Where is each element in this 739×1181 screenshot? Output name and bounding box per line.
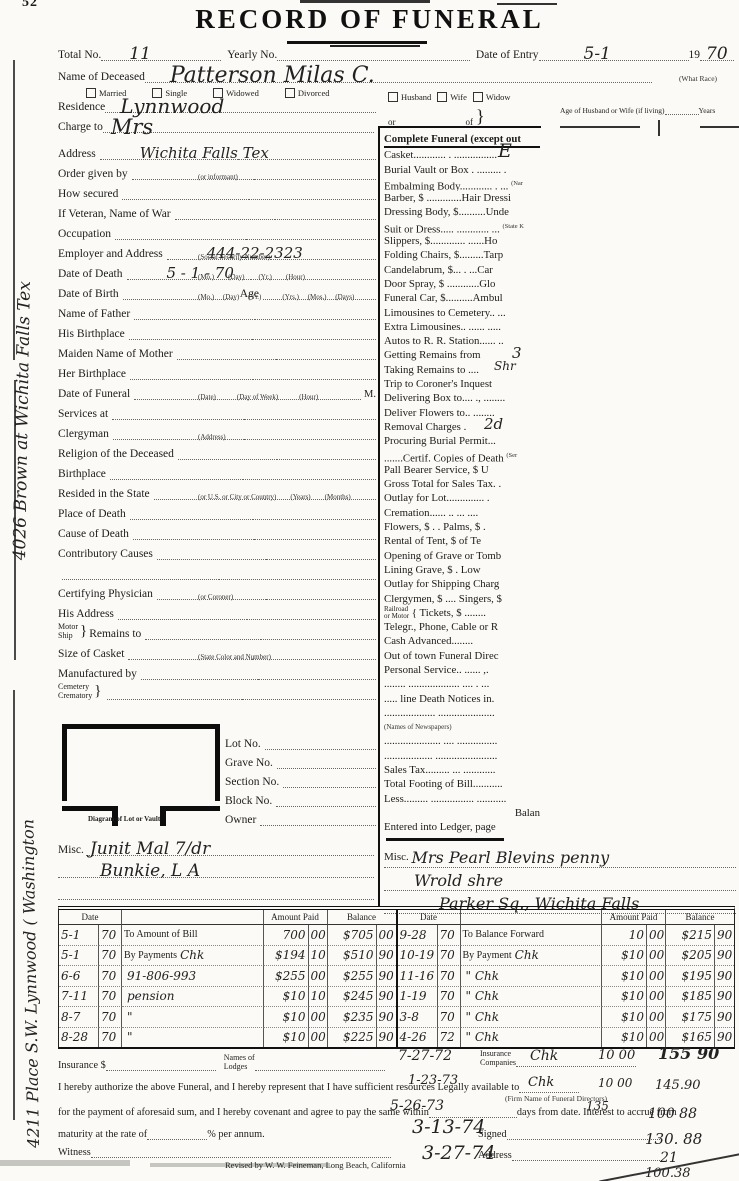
field-label: Her Birthplace [58, 368, 126, 380]
charges-item-label: (Names of Newspapers) [384, 723, 452, 731]
cell-description: " Chk [461, 966, 603, 987]
charges-item-label: .......Certif. Copies of Death [384, 452, 504, 463]
dotted-rule [261, 625, 376, 640]
charges-sub-hint: (Ser [506, 452, 517, 459]
witness-line: Witness [58, 1145, 391, 1158]
field-label: Name of Father [58, 308, 130, 320]
cell-date: 11-16 [398, 966, 438, 987]
lot-field-label: Lot No. [225, 738, 261, 750]
dotted-rule [246, 225, 377, 240]
cell-date: 8-7 [59, 1007, 99, 1028]
charges-item: Pall Bearer Service, $ U [384, 463, 540, 477]
charges-item: Extra Limousines.. ...... ..... [384, 320, 540, 334]
ledger-row: 5-1 70 To Amount of Bill 700 00 $705 00 [59, 925, 396, 946]
charges-item: Balan [384, 806, 550, 820]
form-field-row: Cemetery Crematory } [58, 680, 376, 700]
authorization-section: Insurance $ Names of Lodges Insurance Co… [0, 1048, 739, 1181]
charges-item: ..... line Death Notices in. [384, 692, 540, 706]
charges-item: Railroad or Motor { Tickets, $ ........ [384, 606, 540, 620]
charge-to-label: Charge to [58, 121, 103, 133]
race-hint: (What Race) [662, 74, 734, 83]
charges-item: Total Footing of Bill........... [384, 777, 540, 791]
dotted-rule [266, 585, 376, 600]
dotted-rule [253, 365, 376, 380]
charges-item-label: Autos to R. R. Station...... .. [384, 335, 504, 347]
charges-item-label: Cash Advanced........ [384, 635, 473, 647]
cell-year: 70 [99, 966, 122, 987]
lot-diagram-leg [160, 806, 166, 826]
taking-remains-value-handwritten: Shr [494, 359, 516, 373]
charges-item-label: Lining Grave, $ . Low [384, 564, 481, 576]
charges-item-label: Deliver Flowers to.. ........ [384, 407, 495, 419]
cell-balance-dollars: $245 [328, 987, 377, 1008]
cell-year: 70 [99, 1028, 122, 1048]
cell-amount-cents: 00 [647, 966, 666, 987]
cell-description: " Chk [461, 987, 603, 1008]
authorize-line: I hereby authorize the above Funeral, an… [58, 1080, 579, 1093]
charges-item: .......Certif. Copies of Death (Ser [384, 449, 540, 463]
dotted-rule: Wichita Falls Tex [100, 145, 238, 160]
misc-left-section: Misc. Junit Mal 7/dr Bunkie, L A [58, 834, 374, 900]
charges-item-label: Delivering Box to.... ., ........ [384, 392, 505, 404]
col-header-amount-paid: Amount Paid [602, 910, 666, 925]
cell-balance-cents: 90 [377, 946, 396, 967]
charges-sub-hint: (State K [502, 223, 523, 230]
charges-item-label: Opening of Grave or Tomb [384, 550, 501, 562]
charges-item: Rental of Tent, $ of Te [384, 534, 540, 548]
ledger-row: 3-8 70 " Chk $10 00 $175 90 [398, 1007, 735, 1028]
cell-description: " Chk [461, 1028, 603, 1048]
checkbox-icon [388, 92, 398, 102]
ledger-row: 8-28 70 " $10 00 $225 90 [59, 1028, 396, 1048]
auth-amount-handwritten: 10 00 [598, 1076, 632, 1090]
charges-item-label: Cremation...... .. ... .... [384, 507, 478, 519]
charges-item-label: Outlay for Lot.............. . [384, 492, 490, 504]
ledger-row: 5-1 70 By PaymentsChk $194 10 $510 90 [59, 946, 396, 967]
auth-balance-handwritten: 145.90 [655, 1078, 701, 1093]
form-field-row: Religion of the Deceased [58, 440, 376, 460]
charges-item-label: Procuring Burial Permit... [384, 435, 496, 447]
maturity-text: maturity at the rate of [58, 1129, 147, 1140]
ledger-header-row: Date Amount Paid Balance [59, 910, 396, 925]
insurance-balance-handwritten: 155 90 [658, 1044, 719, 1063]
dotted-rule [253, 505, 376, 520]
form-field-row: His Address [58, 600, 376, 620]
form-field-row: Resided in the State (or U.S. or City or… [58, 480, 376, 500]
cell-amount-dollars: $10 [264, 1007, 309, 1028]
misc-label: Misc. [384, 851, 409, 863]
charges-item-label: Total Footing of Bill........... [384, 778, 503, 790]
cell-amount-cents: 00 [309, 1028, 328, 1048]
printed-description: To Amount of Bill [124, 929, 197, 940]
charges-item: Telegr., Phone, Cable or R [384, 620, 540, 634]
form-field-row: Date of Death 5 - 1 - 70 (Mo.) (Day) (Yr… [58, 260, 376, 280]
charges-item-label: Taking Remains to .... [384, 364, 479, 376]
checkbox-icon [437, 92, 447, 102]
charges-sub-hint: (Nar [511, 180, 523, 187]
charges-item-label: Balan [515, 807, 540, 819]
col-header-balance: Balance [666, 910, 734, 925]
checkbox-icon [86, 88, 96, 98]
form-field-row: Cause of Death [58, 520, 376, 540]
misc-right-section: Misc. Mrs Pearl Blevins penny Wrold shre… [384, 845, 541, 914]
col-header-date: Date [398, 910, 461, 925]
maturity-line: maturity at the rate of % per annum. [58, 1127, 265, 1140]
dotted-rule [276, 345, 376, 360]
payment-ledger-table: Date Amount Paid Balance 5-1 70 To Amoun… [58, 906, 735, 1049]
amount-handwritten: 130. 88 [645, 1130, 702, 1148]
cell-year: 70 [438, 925, 461, 946]
cell-year: 70 [99, 946, 122, 967]
cell-balance-cents: 90 [377, 1028, 396, 1048]
cell-year: 70 [99, 987, 122, 1008]
dotted-rule [247, 605, 376, 620]
dotted-rule [62, 565, 219, 580]
name-of-deceased-row: Name of Deceased Patterson Milas C. (Wha… [58, 70, 734, 83]
charges-item-label: Suit or Dress..... ............ ... [384, 223, 500, 234]
charges-item: Trip to Coroner's Inquest [384, 377, 540, 391]
dotted-rule [129, 325, 253, 340]
form-title: RECORD OF FUNERAL [0, 4, 739, 35]
charges-item: Casket............ . ................ [384, 148, 540, 162]
cell-amount-cents: 00 [647, 987, 666, 1008]
insurance-amount-handwritten: 10 00 [598, 1048, 635, 1063]
handwritten-description: Chk [515, 948, 539, 962]
handwritten-description: " Chk [466, 969, 500, 983]
charges-item: Clergymen, $ .... Singers, $ [384, 592, 540, 606]
cell-balance-cents: 90 [377, 987, 396, 1008]
misc-handwritten-line: Bunkie, L A [100, 861, 200, 881]
dotted-rule [107, 685, 241, 700]
field-label: His Birthplace [58, 328, 125, 340]
title-underline [330, 45, 420, 47]
cell-year: 70 [438, 966, 461, 987]
dotted-rule [175, 205, 276, 220]
dotted-rule [277, 756, 376, 769]
age-of-spouse-row: Age of Husband or Wife (if living) Years [560, 106, 715, 115]
charges-item: Burial Vault or Box . ......... . [384, 163, 540, 177]
cell-description: pension [122, 987, 264, 1008]
cell-year: 70 [438, 1007, 461, 1028]
dotted-rule [219, 565, 376, 580]
total-no-value: 11 [129, 44, 151, 64]
handwritten-description: " Chk [466, 989, 500, 1003]
cell-amount-cents: 00 [309, 966, 328, 987]
field-label: Size of Casket [58, 648, 124, 660]
handwritten-description: " [127, 1010, 133, 1024]
field-label: Place of Death [58, 508, 126, 520]
cell-amount-dollars: $10 [602, 966, 647, 987]
ledger-left-half: Date Amount Paid Balance 5-1 70 To Amoun… [59, 910, 398, 1047]
cell-balance-cents: 90 [715, 946, 734, 967]
charges-item-label: Extra Limousines.. ...... ..... [384, 321, 501, 333]
cell-date: 5-1 [59, 925, 99, 946]
dotted-rule [134, 305, 255, 320]
cell-balance-dollars: $255 [328, 966, 377, 987]
form-field-row: Address Wichita Falls Tex [58, 140, 376, 160]
charges-item-label: Outlay for Shipping Charg [384, 578, 499, 590]
lot-diagram [62, 724, 220, 801]
field-stacked-label: Cemetery Crematory [58, 683, 92, 700]
spouse-checkbox-row: HusbandWifeWidow [388, 92, 517, 102]
misc-line: Wrold shre [384, 868, 736, 891]
cell-balance-cents: 90 [377, 1007, 396, 1028]
title-underline [287, 41, 427, 44]
cell-balance-cents: 90 [715, 987, 734, 1008]
cell-balance-cents: 00 [377, 925, 396, 946]
charges-item: Gross Total for Sales Tax. . [384, 477, 540, 491]
misc-line: Misc. Junit Mal 7/dr [58, 834, 374, 856]
dotted-rule [260, 813, 376, 826]
days-handwritten: 135 [586, 1099, 609, 1113]
cell-balance-cents: 90 [715, 966, 734, 987]
cell-description: " [122, 1028, 264, 1048]
cell-balance-dollars: $705 [328, 925, 377, 946]
dotted-rule [244, 405, 376, 420]
date-of-entry-value: 5-1 [584, 44, 611, 64]
bottom-date-handwritten: 3-27-74 [422, 1142, 495, 1164]
cell-amount-cents: 00 [647, 946, 666, 967]
charges-item: Slippers, $............. ......Ho [384, 234, 540, 248]
left-field-column: Address Wichita Falls Tex Order given by… [58, 140, 376, 700]
charges-item: Folding Chairs, $.........Tarp [384, 248, 540, 262]
percent-label: % per annum. [207, 1129, 264, 1140]
cell-amount-dollars: $10 [602, 1028, 647, 1048]
form-field-row: Occupation [58, 220, 376, 240]
charges-item-label: Removal Charges . [384, 421, 466, 433]
cell-amount-dollars: $10 [602, 987, 647, 1008]
field-label: Certifying Physician [58, 588, 153, 600]
dotted-rule [178, 445, 277, 460]
handwritten-description: " Chk [466, 1030, 500, 1044]
lodges-label: Names of Lodges [224, 1054, 255, 1071]
charges-item: Entered into Ledger, page [384, 820, 540, 834]
handwritten-description: Chk [180, 948, 204, 962]
form-field-row: Order given by (or informant) [58, 160, 376, 180]
field-label: Date of Death [58, 268, 123, 280]
charges-item: Sales Tax......... ... ............ [384, 763, 540, 777]
yearly-no-label: Yearly No. [227, 49, 277, 61]
cell-description: By PaymentsChk [122, 946, 264, 967]
field-sub-hint: (or Coroner) [198, 593, 233, 601]
charges-item: (Names of Newspapers) [384, 720, 540, 734]
field-label: Order given by [58, 168, 128, 180]
charges-item-label: Dressing Body, $..........Unde [384, 206, 509, 218]
cell-date: 8-28 [59, 1028, 99, 1048]
charges-item: Out of town Funeral Direc [384, 649, 540, 663]
charges-item: ..................... .... .............… [384, 734, 540, 748]
col-header-date: Date [59, 910, 122, 925]
dotted-rule [265, 737, 376, 750]
cell-amount-dollars: 700 [264, 925, 309, 946]
age-spouse-label: Age of Husband or Wife (if living) [560, 106, 665, 115]
charges-item: Lining Grave, $ . Low [384, 563, 540, 577]
cell-balance-dollars: $185 [666, 987, 715, 1008]
charges-stacked-label: Railroad or Motor [384, 606, 409, 620]
address-line: Address [478, 1148, 662, 1161]
cell-date: 1-19 [398, 987, 438, 1008]
cell-balance-dollars: $195 [666, 966, 715, 987]
misc-line: Bunkie, L A [58, 856, 374, 878]
form-field-row: Certifying Physician (or Coroner) [58, 580, 376, 600]
charges-item: Cash Advanced........ [384, 634, 540, 648]
misc-handwritten-line: Wrold shre [414, 871, 503, 890]
signed-line: Signed [478, 1127, 662, 1140]
cell-amount-cents: 00 [309, 925, 328, 946]
spouse-checkbox: Husband [388, 92, 431, 102]
lot-field-row: Section No. [225, 769, 376, 788]
spouse-checkbox: Wife [437, 92, 467, 102]
field-sub-hint: (Address) [198, 433, 226, 441]
dotted-rule [141, 665, 259, 680]
insurance-date-handwritten: 7-27-72 [398, 1048, 452, 1064]
cell-description: To Amount of Bill [122, 925, 264, 946]
years-label: Years [699, 106, 716, 115]
field-label: How secured [58, 188, 118, 200]
dotted-rule [118, 605, 247, 620]
cell-amount-dollars: $10 [602, 946, 647, 967]
dotted-rule [157, 545, 267, 560]
cell-amount-cents: 10 [309, 946, 328, 967]
checkbox-icon [285, 88, 295, 98]
charges-item: Dressing Body, $..........Unde [384, 205, 540, 219]
cell-date: 3-8 [398, 1007, 438, 1028]
charges-item-label: Entered into Ledger, page [384, 821, 496, 833]
charges-item-label: Casket............ . ................ [384, 149, 497, 161]
dotted-rule [283, 775, 376, 788]
field-label: His Address [58, 608, 114, 620]
insurance-chk-handwritten: Chk [530, 1048, 558, 1064]
ledger-row: 11-16 70 " Chk $10 00 $195 90 [398, 966, 735, 987]
charges-item-label: ..................... .... .............… [384, 735, 497, 747]
brace-glyph: } [80, 623, 87, 640]
insurance-label: Insurance $ [58, 1060, 106, 1071]
dotted-rule [243, 465, 376, 480]
charges-item-label: Flowers, $ . . Palms, $ . [384, 521, 486, 533]
dotted-rule [266, 545, 376, 560]
auth-chk-handwritten: Chk [528, 1075, 554, 1090]
form-field-row: How secured [58, 180, 376, 200]
charges-item-label: Clergymen, $ .... Singers, $ [384, 593, 502, 605]
handwritten-description: 91-806-993 [127, 969, 196, 983]
form-field-row: His Birthplace [58, 320, 376, 340]
charges-item-label: ..... line Death Notices in. [384, 693, 494, 705]
dotted-rule [58, 883, 374, 900]
lot-diagram-edge [62, 806, 112, 811]
cell-balance-cents: 90 [715, 1007, 734, 1028]
field-label: Resided in the State [58, 488, 150, 500]
field-label: Remains to [89, 628, 141, 640]
dotted-rule [112, 405, 244, 420]
dotted-rule [254, 525, 376, 540]
form-field-row: Employer and Address 444-22-2323 (Social… [58, 240, 376, 260]
charges-item: ........ ................... .... . ... [384, 677, 540, 691]
cell-balance-dollars: $235 [328, 1007, 377, 1028]
dotted-rule [249, 185, 376, 200]
dotted-rule [110, 465, 243, 480]
field-sub-hint: (or U.S. or City or Country) (Years) (Mo… [198, 493, 351, 501]
handwritten-description: " [127, 1030, 133, 1044]
spouse-checkbox: Widow [473, 92, 511, 102]
charges-item: Opening of Grave or Tomb [384, 549, 540, 563]
charges-item: Removal Charges . [384, 420, 540, 434]
field-label: Contributory Causes [58, 548, 153, 560]
charges-item-label: Funeral Car, $..........Ambul [384, 292, 503, 304]
form-field-row: Contributory Causes [58, 540, 376, 560]
charges-item-label: Trip to Coroner's Inquest [384, 378, 492, 390]
form-field-row: Manufactured by [58, 660, 376, 680]
checkbox-label: Widowed [226, 88, 259, 98]
field-label: Date of Funeral [58, 388, 130, 400]
field-sub-hint: (Mo.) (Day) (Yr.) (Yrs.) (Mos.) (Days) [198, 293, 354, 301]
checkbox-label: Husband [401, 92, 431, 102]
total-number-row: Total No. 11 Yearly No. Date of Entry 5-… [58, 48, 734, 61]
dotted-rule [122, 185, 249, 200]
dotted-rule [145, 625, 260, 640]
residence-label: Residence [58, 101, 105, 113]
date-of-entry-label: Date of Entry [476, 49, 539, 61]
dotted-rule [276, 794, 376, 807]
cell-date: 5-1 [59, 946, 99, 967]
lot-field-label: Section No. [225, 776, 279, 788]
cell-amount-dollars: $10 [602, 1007, 647, 1028]
field-sub-hint: (or informant) [198, 173, 238, 181]
dotted-rule [258, 665, 376, 680]
cell-date: 6-6 [59, 966, 99, 987]
misc-line [58, 878, 374, 900]
form-field-row: Date of Birth Age (Mo.) (Day) (Yr.) (Yrs… [58, 280, 376, 300]
field-sub-hint: (Mo.) (Day) (Yr.) (Hour) [198, 273, 305, 281]
scan-artifact [300, 0, 430, 3]
col-header-balance: Balance [328, 910, 396, 925]
charges-item-label: Slippers, $............. ......Ho [384, 235, 497, 247]
dotted-rule [277, 445, 376, 460]
handwritten-description: pension [127, 989, 174, 1003]
field-label: Address [58, 148, 96, 160]
charges-item: Door Spray, $ ............Glo [384, 277, 540, 291]
lot-field-row: Owner [225, 807, 376, 826]
removal-charges-value-handwritten: 2d [484, 415, 503, 433]
charge-to-row: Charge to Mrs [58, 120, 374, 133]
insurance-row: Insurance $ Names of Lodges [58, 1054, 385, 1071]
charges-item: Barber, $ .............Hair Dressi [384, 191, 540, 205]
charges-item-label: Embalming Body............ . ... [384, 180, 508, 191]
form-field-row: Motor Ship } Remains to [58, 620, 376, 640]
charges-item-label: Limousines to Cemetery.. ... [384, 307, 506, 319]
payment-terms-line: for the payment of aforesaid sum, and I … [58, 1105, 677, 1118]
charges-item-list: Complete Funeral (except out Casket.....… [384, 132, 541, 835]
cell-date: 10-19 [398, 946, 438, 967]
name-label: Name of Deceased [58, 71, 145, 83]
dotted-rule [252, 325, 376, 340]
cell-amount-cents: 00 [309, 1007, 328, 1028]
printed-description: To Balance Forward [463, 929, 545, 940]
ledger-right-half: Date Amount Paid Balance 9-28 70 To Bala… [398, 910, 735, 1047]
year-value: 70 [706, 44, 728, 64]
charges-item-label: Rental of Tent, $ of Te [384, 535, 481, 547]
charges-item: Less......... ................ .........… [384, 792, 540, 806]
revised-by-line: Revised by W. W. Feineman, Long Beach, C… [225, 1160, 406, 1170]
misc-line: Misc. Mrs Pearl Blevins penny [384, 845, 736, 868]
charges-item-label: .................. .....................… [384, 750, 497, 762]
form-field-row: Her Birthplace [58, 360, 376, 380]
field-label: Cause of Death [58, 528, 129, 540]
residence-row: Residence Lynnwood [58, 100, 376, 113]
form-field-row: Date of Funeral M. (Date) (Day of Week) … [58, 380, 376, 400]
charges-item-label: Folding Chairs, $.........Tarp [384, 249, 503, 261]
total-no-label: Total No. [58, 49, 101, 61]
lot-fields: Lot No. Grave No. Section No. Block No. … [225, 731, 376, 826]
